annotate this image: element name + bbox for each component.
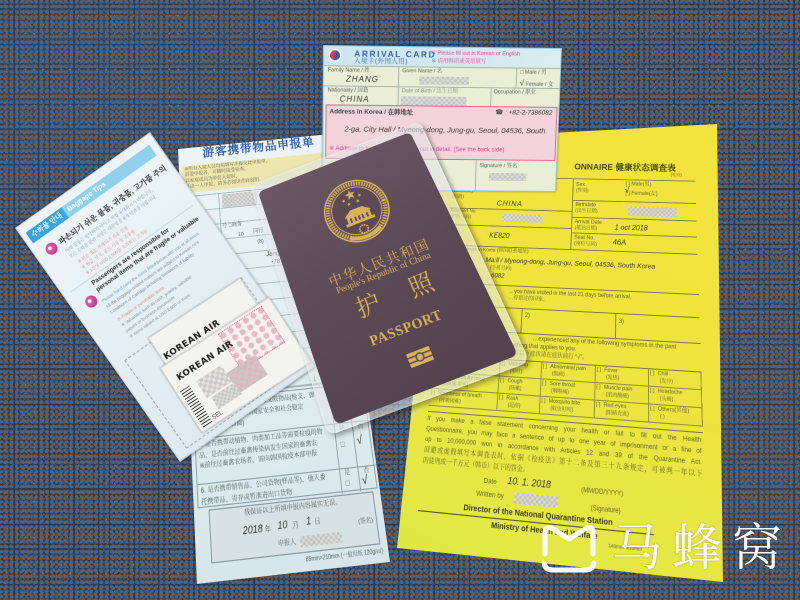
nationality-value: CHINA [340,96,370,104]
passport-title-zh-2: 照 [405,270,438,301]
symptom-label-zh: (眼睛充血) [605,411,628,418]
symptom-label: Rash [506,396,518,403]
family-name-label: Family Name / 姓 [328,68,370,74]
checkbox: [ ] [650,406,655,412]
divider-line [490,87,492,106]
signature-label: Signature / 签名 [479,164,517,170]
divider-line [475,160,477,192]
symptom-label-zh: (头痛) [660,397,674,403]
month-unit: 月 [292,522,299,530]
yes-label: 是 [344,470,351,477]
date-label: Date [483,478,497,486]
mafengwo-logo-icon [538,520,600,574]
sex-option-male: □ Male / 男 [520,71,546,77]
checkbox: [ ] [500,378,505,384]
divider-line [516,68,518,88]
checkbox: [ ] [650,371,654,377]
symptom-label-zh: (蚊虫叮咬) [550,407,573,414]
arrival-card-instruction-zh: ※ 请用韩语或英语填写 [431,59,486,65]
date-day: 1 [306,516,312,527]
sex-label-zh: (性别) [576,189,589,194]
declarant-label: 申报人 [278,539,297,548]
symptom-label-zh: (发热) [606,376,619,382]
checkbox: [ ] [541,398,546,404]
companions-label: 同行 [253,228,264,234]
female-label: Female(女) [631,191,657,197]
divider-line [520,308,522,333]
symptom-label-zh: (咳嗽) [509,386,522,392]
written-by-label: Written by [476,491,504,501]
watermark-brand: 马蜂窝 [612,520,792,576]
symptom-label-zh: (发冷) [660,379,674,385]
symptom-label-zh: (呕吐) [510,369,523,375]
symptom-label-zh: (咽喉痛) [551,389,569,396]
nationality-label: Nationality / 国籍 [328,88,369,94]
given-name-label: Given Name / 名 [402,69,442,75]
checkbox: [ ] [596,385,600,391]
checkmark-icon: √ [520,79,525,88]
occupation-label: Occupation / 职业 [493,90,535,96]
day-unit: 日 [314,518,321,526]
male-label: Male(男) [631,182,651,187]
sex-label: Sex [576,182,585,187]
seat-number-value: 46A [613,238,626,246]
symptom-label-zh: (呼吸困难) [439,398,461,405]
countries-prompt-zh: …停留过的国家。 [508,296,548,303]
checkbox-yes: □ [340,441,345,449]
count-value: (8) [257,239,264,245]
date-value: 10. 1. 2018 [507,476,551,490]
checkbox: [ ] [499,395,504,401]
questionnaire-title-en: ONNAIRE [574,163,613,173]
signature-label: (Signature) [591,505,621,515]
nationality-value: CHINA [496,200,522,208]
given-name-redacted [419,76,469,85]
photo-scene: ONNAIRE 健康状态调查表 (性别) Nationality (国籍) CH… [0,0,800,600]
checkmark-icon: √ [356,435,363,448]
address-value: 2-ga, City Hall / Myeong-dong, Jung-gu, … [344,125,545,134]
passport-country-zh: 中华人民共和国 [298,226,461,300]
birthdate-label: Birthdate [575,203,596,209]
info-bullet-icon [43,240,60,257]
date-of-birth-label: Date of Birth / 出生日期 [402,89,458,95]
passport-number-redacted [502,214,543,223]
symptom-label: Fever [604,368,618,375]
birthdate-label-zh: (出生日期) [575,209,598,214]
biometric-chip-icon [405,345,435,369]
symptom-option: [ ]Mosquito bite(蚊虫叮咬) [540,397,595,419]
checkbox: [ ] [650,388,654,394]
address-phone: ☎ : +82-2-7386082 [495,110,552,117]
written-by-redacted [514,492,558,508]
seat-number-label-zh: (座位号码) [574,242,597,248]
date-month: 10 [277,520,288,532]
birthdate-redacted [628,206,677,217]
questionnaire-title-zh: 健康状态调查表 [615,163,676,173]
passport-title-zh-1: 护 [353,291,385,323]
symptom-label-zh: (起疹) [507,404,520,410]
info-bullet-icon [83,293,100,310]
arrival-card-title-zh: 入境卡(外国人用) [354,59,408,66]
date-year: 2018 [242,524,263,537]
symptom-option: [ ]Red eyes(眼睛充血) [595,401,649,423]
checkbox: □ [520,70,523,76]
mobile-value: 6082 [491,273,505,280]
mobile-label: (手机号码) [490,266,512,272]
country-slot-2: 2) [525,313,530,319]
symptom-label: Chill [658,371,669,377]
year-unit: 年 [265,526,272,534]
symptom-label-zh: ( ) [660,415,665,421]
checkbox: [ ] [596,402,601,408]
checkmark-icon: √ [361,475,369,488]
arrival-date-value: 1 oct 2018 [615,224,648,232]
symptom-option: [ ]Rash(起疹) [497,394,540,415]
arrival-card-instruction: ※ Please fill out in Korean or English [432,51,520,58]
destination-code: SEL [211,410,224,421]
days-value: 10 [238,232,244,238]
checkbox: [ ] [543,364,547,370]
arrival-date-label: Arrival Date [575,220,602,226]
checkbox-yes: □ [345,480,350,488]
questionnaire-title: ONNAIRE 健康状态调查表 [574,164,676,174]
seat-number-label: Seat No. [574,235,595,241]
address-label: Address in Korea / 在韩地址 [330,109,414,116]
checkbox: [ ] [542,381,547,387]
symptom-option: [ ]Others(其他)( ) [649,405,703,427]
field-label: 号 [222,223,227,229]
signature-redacted [489,173,527,181]
flight-number-value: KE820 [489,232,510,240]
national-emblem-icon [314,169,402,254]
korea-government-logo-icon [330,50,340,60]
arrival-date-label-zh: (抵达日期) [574,226,597,232]
declarant-redacted [300,532,343,548]
country-slot-3: 3) [619,319,624,325]
signature-label: (签名) [358,519,374,527]
symptom-label-zh: (腹痛) [552,372,565,378]
corner-note: (性别) [671,174,682,178]
symptom-label-zh: (肌肉酸痛) [606,393,629,400]
male-label: Male / 男 [525,70,547,76]
date-format: (MM/DD/YYYY) [581,487,623,498]
family-name-value: ZHANG [346,76,379,84]
symptom-label: Cough [507,379,522,386]
sex-option-female: [ ] Female(女) [625,191,657,197]
checkbox: [ ] [597,367,601,373]
checkmark-icon: √ [625,187,630,196]
divider-line [615,313,616,338]
